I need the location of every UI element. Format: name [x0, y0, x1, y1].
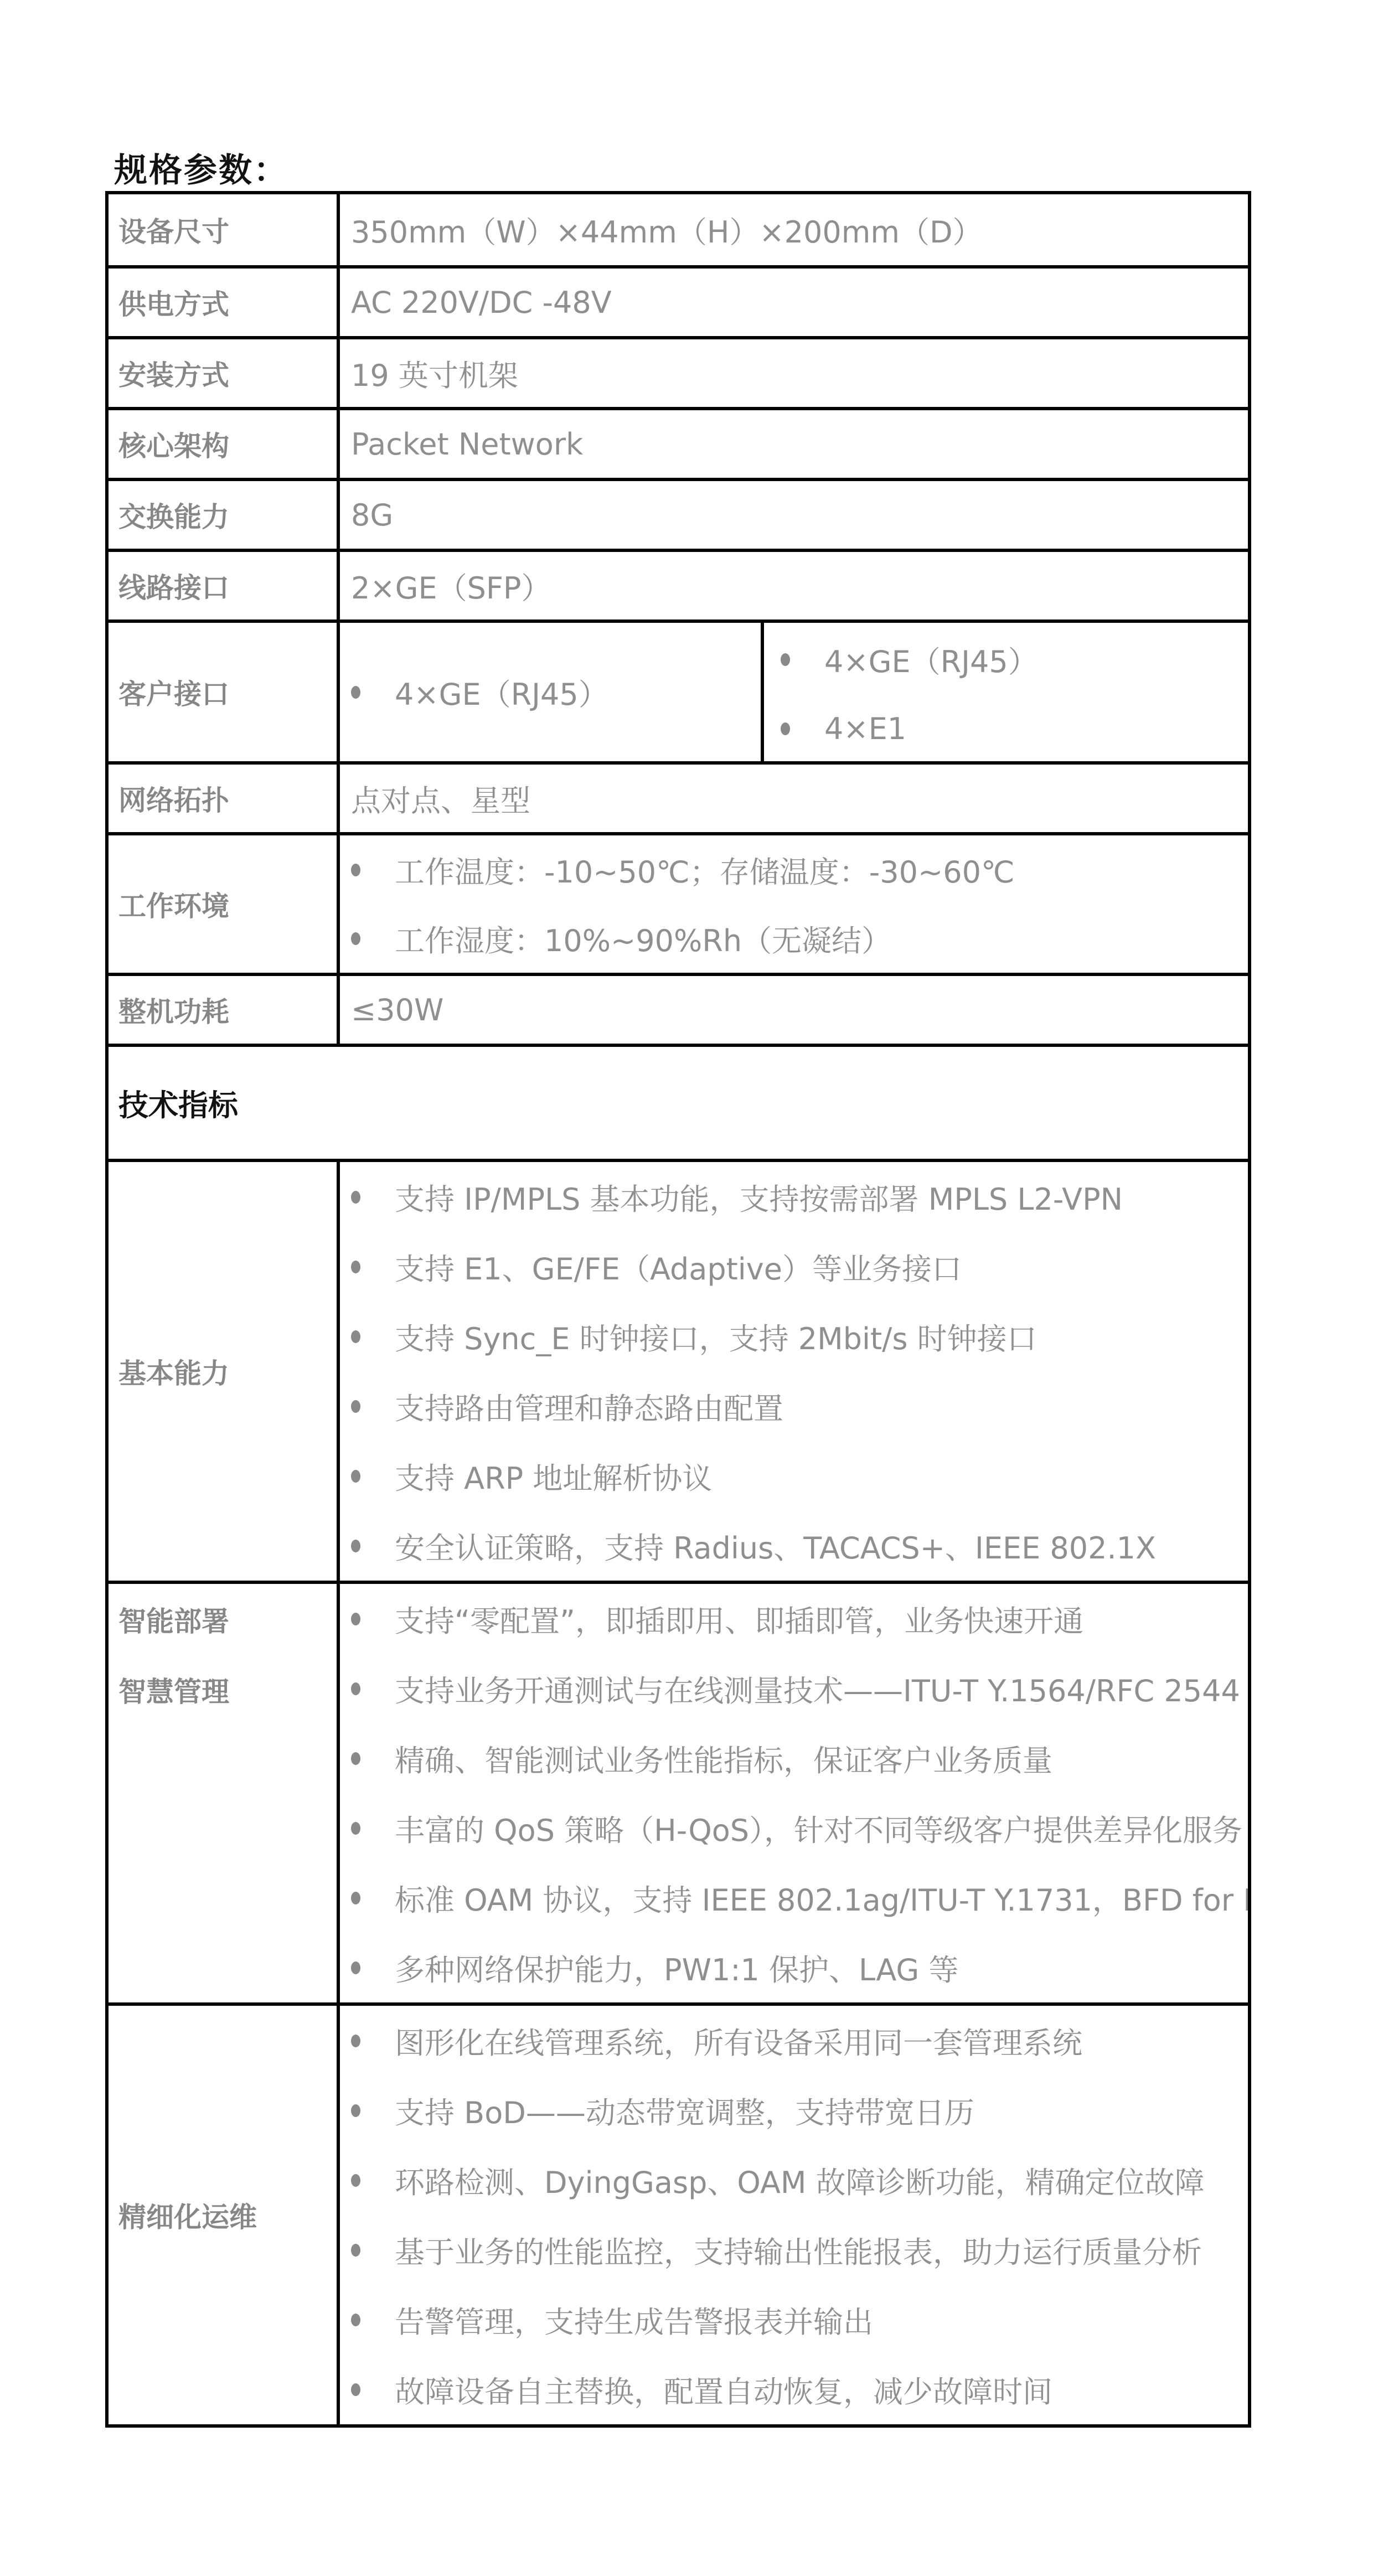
- bullet-icon: [351, 2035, 360, 2047]
- table-row: 工作环境工作温度：-10~50℃；存储温度：-30~60℃工作湿度：10%~90…: [109, 832, 1248, 973]
- row-label: 工作环境: [109, 835, 340, 973]
- bullet-item: 4×E1: [781, 711, 1248, 746]
- table-row: 网络拓扑点对点、星型: [109, 761, 1248, 832]
- bullet-item: 支持 BoD——动态带宽调整，支持带宽日历: [351, 2089, 1248, 2132]
- bullet-icon: [351, 1822, 360, 1835]
- row-value: 支持“零配置”，即插即用、即插即管，业务快速开通支持业务开通测试与在线测量技术—…: [340, 1584, 1248, 2002]
- bullet-text: 4×E1: [824, 711, 906, 746]
- row-label-text: 智能部署: [118, 1584, 337, 1654]
- bullet-text: 基于业务的性能监控，支持输出性能报表，助力运行质量分析: [395, 2229, 1202, 2272]
- table-row: 交换能力8G: [109, 478, 1248, 549]
- bullet-item: 图形化在线管理系统，所有设备采用同一套管理系统: [351, 2020, 1248, 2062]
- row-label-text: 精细化运维: [118, 2195, 337, 2235]
- bullet-text: 精确、智能测试业务性能指标，保证客户业务质量: [395, 1737, 1052, 1780]
- bullet-icon: [781, 722, 790, 735]
- row-label-text: 供电方式: [118, 282, 337, 322]
- spec-table: 设备尺寸350mm（W）×44mm（H）×200mm（D）供电方式AC 220V…: [105, 191, 1251, 2428]
- row-value: 350mm（W）×44mm（H）×200mm（D）: [340, 194, 1248, 265]
- row-label-text: 线路接口: [118, 566, 337, 606]
- bullet-icon: [351, 1752, 360, 1765]
- row-label: 安装方式: [109, 339, 340, 407]
- row-label: 核心架构: [109, 410, 340, 478]
- row-value: 工作温度：-10~50℃；存储温度：-30~60℃工作湿度：10%~90%Rh（…: [340, 835, 1248, 973]
- bullet-icon: [351, 1892, 360, 1904]
- bullet-text: 多种网络保护能力，PW1:1 保护、LAG 等: [395, 1947, 958, 1989]
- bullet-icon: [351, 864, 360, 876]
- row-label: 基本能力: [109, 1162, 340, 1581]
- row-label-text: 安装方式: [118, 353, 337, 393]
- bullet-icon: [351, 2314, 360, 2326]
- value-text: 2×GE（SFP）: [351, 565, 1248, 607]
- bullet-item: 支持 ARP 地址解析协议: [351, 1455, 1248, 1498]
- table-row: 安装方式19 英寸机架: [109, 336, 1248, 407]
- row-value: 8G: [340, 481, 1248, 549]
- row-label-text: 设备尺寸: [118, 210, 337, 250]
- bullet-text: 支持路由管理和静态路由配置: [395, 1385, 783, 1428]
- row-value: AC 220V/DC -48V: [340, 269, 1248, 336]
- row-value: 点对点、星型: [340, 765, 1248, 832]
- row-label-text: 智慧管理: [118, 1654, 337, 1725]
- table-row: 基本能力支持 IP/MPLS 基本功能，支持按需部署 MPLS L2-VPN支持…: [109, 1159, 1248, 1581]
- table-row: 整机功耗≤30W: [109, 973, 1248, 1044]
- bullet-text: 环路检测、DyingGasp、OAM 故障诊断功能，精确定位故障: [395, 2159, 1205, 2202]
- bullet-text: 4×GE（RJ45）: [395, 671, 608, 714]
- bullet-icon: [351, 1682, 360, 1695]
- bullet-icon: [351, 2383, 360, 2396]
- bullet-item: 支持业务开通测试与在线测量技术——ITU-T Y.1564/RFC 2544: [351, 1668, 1248, 1710]
- bullet-item: 安全认证策略，支持 Radius、TACACS+、IEEE 802.1X: [351, 1525, 1248, 1567]
- value-text: 点对点、星型: [351, 777, 1248, 820]
- bullet-text: 支持业务开通测试与在线测量技术——ITU-T Y.1564/RFC 2544: [395, 1668, 1240, 1710]
- bullet-icon: [351, 686, 360, 699]
- row-label-text: 交换能力: [118, 495, 337, 535]
- value-text: 350mm（W）×44mm（H）×200mm（D）: [351, 209, 1248, 251]
- row-label: 网络拓扑: [109, 765, 340, 832]
- sub-cell-right: 4×GE（RJ45）4×E1: [764, 623, 1248, 761]
- bullet-icon: [351, 1261, 360, 1273]
- table-row: 智能部署智慧管理支持“零配置”，即插即用、即插即管，业务快速开通支持业务开通测试…: [109, 1581, 1248, 2002]
- table-row: 精细化运维图形化在线管理系统，所有设备采用同一套管理系统支持 BoD——动态带宽…: [109, 2002, 1248, 2424]
- bullet-text: 工作湿度：10%~90%Rh（无凝结）: [395, 917, 891, 960]
- row-label: 精细化运维: [109, 2006, 340, 2424]
- bullet-text: 支持 E1、GE/FE（Adaptive）等业务接口: [395, 1246, 962, 1288]
- row-value: 支持 IP/MPLS 基本功能，支持按需部署 MPLS L2-VPN支持 E1、…: [340, 1162, 1248, 1581]
- bullet-icon: [351, 2174, 360, 2187]
- bullet-item: 工作湿度：10%~90%Rh（无凝结）: [351, 917, 1248, 960]
- bullet-item: 支持 E1、GE/FE（Adaptive）等业务接口: [351, 1246, 1248, 1288]
- value-text: 8G: [351, 498, 1248, 533]
- bullet-text: 告警管理，支持生成告警报表并输出: [395, 2299, 873, 2341]
- row-label-text: 基本能力: [118, 1351, 337, 1391]
- bullet-item: 丰富的 QoS 策略（H-QoS），针对不同等级客户提供差异化服务: [351, 1807, 1248, 1850]
- bullet-text: 丰富的 QoS 策略（H-QoS），针对不同等级客户提供差异化服务: [395, 1807, 1242, 1850]
- value-text: AC 220V/DC -48V: [351, 285, 1248, 320]
- bullet-icon: [351, 2244, 360, 2257]
- bullet-text: 支持 BoD——动态带宽调整，支持带宽日历: [395, 2089, 974, 2132]
- table-row: 供电方式AC 220V/DC -48V: [109, 265, 1248, 336]
- bullet-text: 安全认证策略，支持 Radius、TACACS+、IEEE 802.1X: [395, 1525, 1156, 1567]
- bullet-text: 支持 Sync_E 时钟接口，支持 2Mbit/s 时钟接口: [395, 1315, 1037, 1358]
- sub-cell-left: 4×GE（RJ45）: [340, 623, 764, 761]
- bullet-item: 环路检测、DyingGasp、OAM 故障诊断功能，精确定位故障: [351, 2159, 1248, 2202]
- bullet-text: 支持 ARP 地址解析协议: [395, 1455, 712, 1498]
- table-row: 核心架构Packet Network: [109, 407, 1248, 478]
- bullet-item: 4×GE（RJ45）: [781, 638, 1248, 681]
- row-value: 4×GE（RJ45）4×GE（RJ45）4×E1: [340, 623, 1248, 761]
- row-label-text: 核心架构: [118, 424, 337, 464]
- row-label-text: 工作环境: [118, 884, 337, 924]
- bullet-icon: [351, 1961, 360, 1974]
- bullet-icon: [351, 2104, 360, 2117]
- row-value: Packet Network: [340, 410, 1248, 478]
- bullet-icon: [351, 1470, 360, 1483]
- bullet-text: 4×GE（RJ45）: [824, 638, 1038, 681]
- bullet-item: 精确、智能测试业务性能指标，保证客户业务质量: [351, 1737, 1248, 1780]
- row-value: 2×GE（SFP）: [340, 552, 1248, 620]
- bullet-text: 支持 IP/MPLS 基本功能，支持按需部署 MPLS L2-VPN: [395, 1176, 1123, 1219]
- bullet-icon: [351, 1191, 360, 1204]
- row-label: 供电方式: [109, 269, 340, 336]
- bullet-item: 4×GE（RJ45）: [351, 671, 761, 714]
- bullet-text: 图形化在线管理系统，所有设备采用同一套管理系统: [395, 2020, 1082, 2062]
- bullet-item: 工作温度：-10~50℃；存储温度：-30~60℃: [351, 849, 1248, 891]
- row-label-text: 客户接口: [118, 672, 337, 712]
- value-text: Packet Network: [351, 427, 1248, 462]
- bullet-icon: [351, 1540, 360, 1552]
- section-title: 技术指标: [109, 1047, 1248, 1159]
- row-value: 图形化在线管理系统，所有设备采用同一套管理系统支持 BoD——动态带宽调整，支持…: [340, 2006, 1248, 2424]
- bullet-text: 支持“零配置”，即插即用、即插即管，业务快速开通: [395, 1598, 1083, 1640]
- row-value: ≤30W: [340, 976, 1248, 1044]
- row-label: 交换能力: [109, 481, 340, 549]
- bullet-item: 支持“零配置”，即插即用、即插即管，业务快速开通: [351, 1598, 1248, 1640]
- bullet-icon: [351, 1330, 360, 1343]
- row-label-text: 整机功耗: [118, 990, 337, 1030]
- bullet-icon: [351, 932, 360, 945]
- value-text: ≤30W: [351, 993, 1248, 1028]
- page-title: 规格参数：: [114, 144, 288, 192]
- row-value: 19 英寸机架: [340, 339, 1248, 407]
- document-page: 规格参数： 设备尺寸350mm（W）×44mm（H）×200mm（D）供电方式A…: [0, 0, 1373, 2576]
- section-row: 技术指标: [109, 1044, 1248, 1159]
- bullet-text: 工作温度：-10~50℃；存储温度：-30~60℃: [395, 849, 1015, 891]
- row-label: 设备尺寸: [109, 194, 340, 265]
- bullet-icon: [351, 1613, 360, 1625]
- row-label: 线路接口: [109, 552, 340, 620]
- bullet-item: 支持 Sync_E 时钟接口，支持 2Mbit/s 时钟接口: [351, 1315, 1248, 1358]
- row-label: 智能部署智慧管理: [109, 1584, 340, 2002]
- table-row: 线路接口2×GE（SFP）: [109, 549, 1248, 620]
- table-row: 设备尺寸350mm（W）×44mm（H）×200mm（D）: [109, 194, 1248, 265]
- bullet-item: 故障设备自主替换，配置自动恢复，减少故障时间: [351, 2368, 1248, 2411]
- value-text: 19 英寸机架: [351, 352, 1248, 395]
- bullet-text: 标准 OAM 协议，支持 IEEE 802.1ag/ITU-T Y.1731，B…: [395, 1877, 1248, 1919]
- bullet-item: 告警管理，支持生成告警报表并输出: [351, 2299, 1248, 2341]
- bullet-icon: [781, 653, 790, 666]
- row-label: 整机功耗: [109, 976, 340, 1044]
- bullet-item: 标准 OAM 协议，支持 IEEE 802.1ag/ITU-T Y.1731，B…: [351, 1877, 1248, 1919]
- bullet-icon: [351, 1400, 360, 1413]
- bullet-item: 支持路由管理和静态路由配置: [351, 1385, 1248, 1428]
- bullet-text: 故障设备自主替换，配置自动恢复，减少故障时间: [395, 2368, 1052, 2411]
- row-label: 客户接口: [109, 623, 340, 761]
- row-label-text: 网络拓扑: [118, 778, 337, 818]
- bullet-item: 基于业务的性能监控，支持输出性能报表，助力运行质量分析: [351, 2229, 1248, 2272]
- bullet-item: 多种网络保护能力，PW1:1 保护、LAG 等: [351, 1947, 1248, 1989]
- bullet-item: 支持 IP/MPLS 基本功能，支持按需部署 MPLS L2-VPN: [351, 1176, 1248, 1219]
- table-row: 客户接口4×GE（RJ45）4×GE（RJ45）4×E1: [109, 620, 1248, 761]
